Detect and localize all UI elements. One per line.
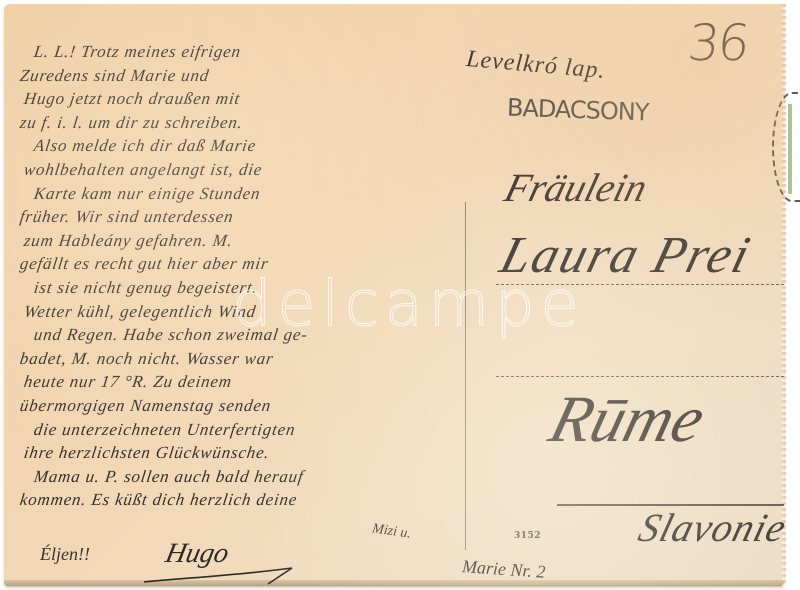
message-line: Karte kam nur einige Stunden: [18, 182, 471, 206]
message-line: badet, M. noch nicht. Wasser war: [18, 347, 471, 371]
message-line: die unterzeichneten Unterfertigten: [18, 418, 471, 442]
postcard: L. L.! Trotz meines eifrigen Zuredens si…: [4, 4, 784, 586]
message-line: übermorgigen Namenstag senden: [18, 394, 471, 418]
handwritten-message: L. L.! Trotz meines eifrigen Zuredens si…: [20, 40, 470, 512]
message-line: L. L.! Trotz meines eifrigen: [18, 40, 471, 64]
address-line-2: [496, 376, 784, 377]
message-line: zum Hableány gefahren. M.: [18, 229, 471, 253]
message-line: und Regen. Habe schon zweimal ge-: [18, 323, 471, 347]
recipient-region: Slavonie: [634, 504, 792, 551]
signature-flourish-icon: [142, 564, 302, 586]
message-line: kommen. Es küßt dich herzlich deine: [18, 488, 471, 512]
recipient-name: Laura Prei: [494, 226, 758, 285]
postmark-cancel-icon: [772, 92, 800, 202]
stamp-edge-icon: [788, 104, 792, 194]
closing-text: Éljen!!: [40, 544, 90, 565]
message-line: Zuredens sind Marie und: [18, 64, 471, 88]
message-line: heute nur 17 °R. Zu deinem: [18, 370, 471, 394]
message-line: zu f. i. l. um dir zu schreiben.: [18, 111, 471, 135]
print-number: 3152: [514, 531, 541, 541]
recipient-city: Rūme: [542, 382, 713, 458]
message-address-divider: [465, 202, 466, 550]
archive-number: 36: [685, 14, 751, 72]
message-line: Mama u. P. sollen auch bald herauf: [18, 465, 471, 489]
place-pencil-note: BADACSONY: [507, 94, 649, 127]
message-line: ist sie nicht genug begeistert.: [18, 276, 471, 300]
postmark-note: Levelkró lap.: [465, 46, 606, 85]
message-line: Hugo jetzt noch draußen mit: [18, 87, 471, 111]
message-line: Wetter kühl, gelegentlich Wind: [18, 300, 471, 324]
message-line: gefällt es recht gut hier aber mir: [18, 252, 471, 276]
card-bottom-edge: [4, 580, 784, 586]
recipient-title: Fräulein: [500, 164, 653, 211]
message-line: ihre herzlichsten Glückwünsche.: [18, 441, 471, 465]
message-line: früher. Wir sind unterdessen: [18, 205, 471, 229]
co-signature-marie: Marie Nr. 2: [461, 556, 546, 583]
co-signature-mizi: Mizi u.: [371, 521, 412, 542]
message-line: wohlbehalten angelangt ist, die: [18, 158, 471, 182]
perforated-edge: [782, 4, 786, 586]
message-line: Also melde ich dir daß Marie: [18, 134, 471, 158]
